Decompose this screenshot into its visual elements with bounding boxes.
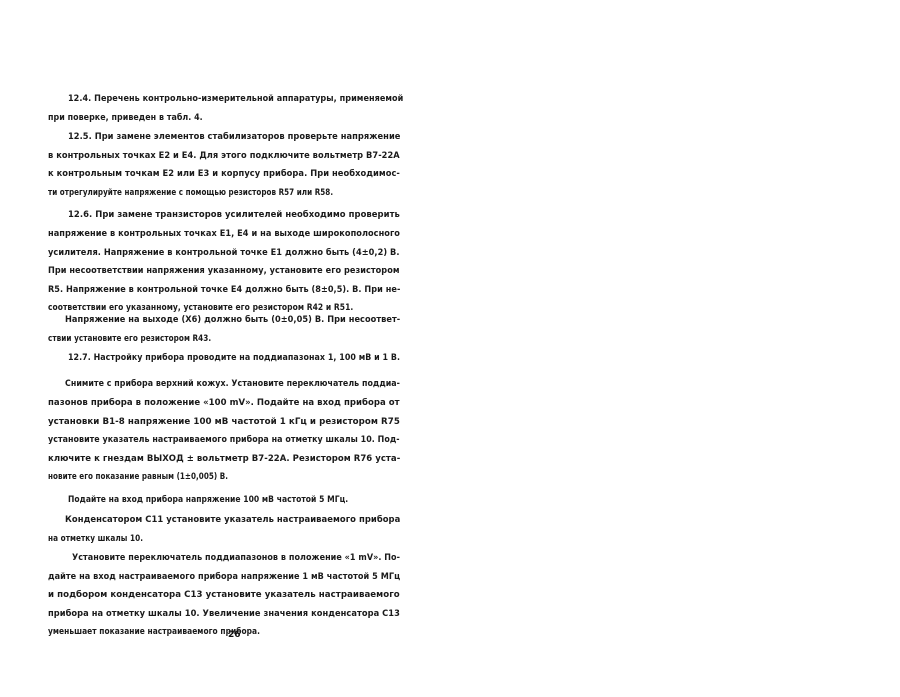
text-line: установки В1-8 напряжение 100 мВ частото… <box>48 416 400 426</box>
text-line: 12.7. Настройку прибора проводите на под… <box>68 352 400 362</box>
text-line: прибора на отметку шкалы 10. Увеличение … <box>48 608 400 618</box>
text-line: ти отрегулируйте напряжение с помощью ре… <box>48 187 333 197</box>
text-line: 12.5. При замене элементов стабилизаторо… <box>68 131 400 141</box>
text-line: дайте на вход настраиваемого прибора нап… <box>48 571 400 581</box>
page-number: 26 <box>228 630 241 640</box>
text-line: соответствии его указанному, установите … <box>48 302 353 312</box>
text-line: ствии установите его резистором R43. <box>48 333 211 343</box>
text-line: установите указатель настраиваемого приб… <box>48 434 400 444</box>
text-line: при поверке, приведен в табл. 4. <box>48 112 203 122</box>
text-line: R5. Напряжение в контрольной точке E4 до… <box>48 284 400 294</box>
text-line: Напряжение на выходе (X6) должно быть (0… <box>65 314 400 324</box>
text-line: Снимите с прибора верхний кожух. Установ… <box>65 378 400 388</box>
text-line: пазонов прибора в положение «100 mV». По… <box>48 397 400 407</box>
text-line: и подбором конденсатора С13 установите у… <box>48 589 400 599</box>
text-line: усилителя. Напряжение в контрольной точк… <box>48 247 400 257</box>
text-line: При несоответствии напряжения указанному… <box>48 265 400 275</box>
text-line: Подайте на вход прибора напряжение 100 м… <box>68 494 348 504</box>
text-line: 12.4. Перечень контрольно-измерительной … <box>68 93 403 103</box>
text-line: в контрольных точках E2 и E4. Для этого … <box>48 150 400 160</box>
text-line: к контрольным точкам E2 или E3 и корпусу… <box>48 168 400 178</box>
text-line: 12.6. При замене транзисторов усилителей… <box>68 209 400 219</box>
text-line: на отметку шкалы 10. <box>48 533 143 543</box>
text-line: новите его показание равным (1±0,005) В. <box>48 471 228 481</box>
text-line: напряжение в контрольных точках E1, E4 и… <box>48 228 400 238</box>
text-line: Установите переключатель поддиапазонов в… <box>72 552 400 562</box>
text-line: Конденсатором С11 установите указатель н… <box>65 514 400 524</box>
text-line: ключите к гнездам ВЫХОД ± вольтметр В7-2… <box>48 453 400 463</box>
